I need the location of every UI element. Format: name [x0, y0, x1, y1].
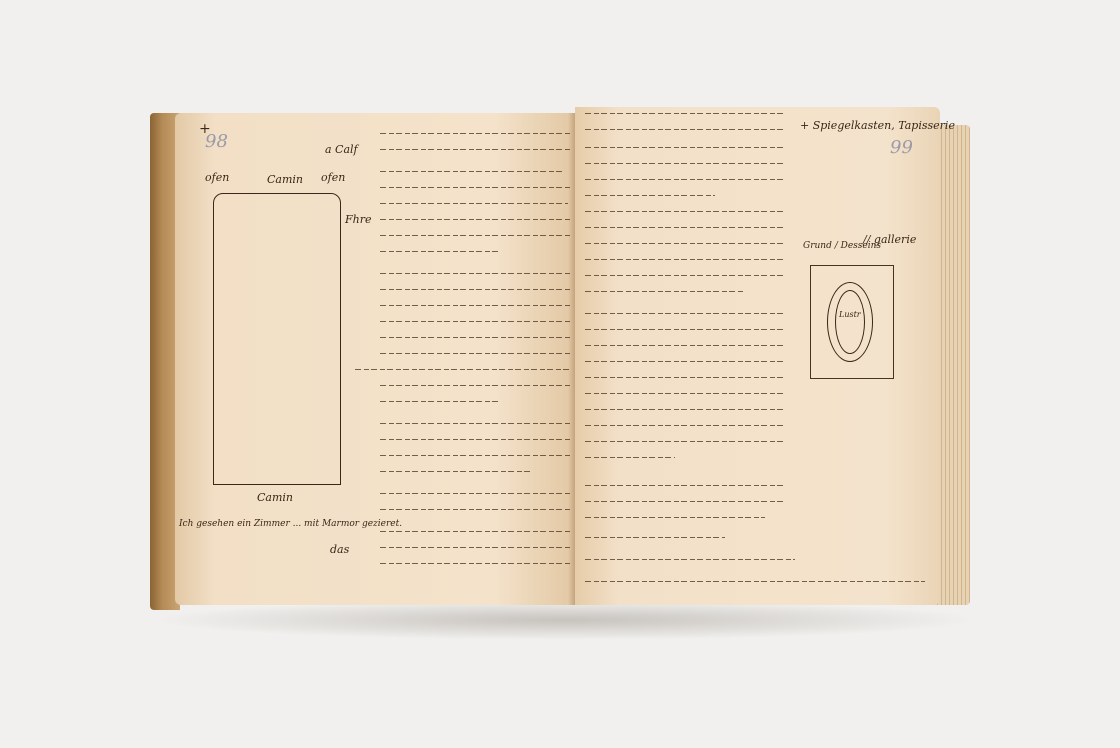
text-line — [585, 227, 785, 228]
text-line — [355, 369, 570, 370]
text-line — [380, 423, 570, 424]
text-line — [585, 501, 785, 502]
text-line — [585, 195, 715, 196]
text-line — [585, 537, 725, 538]
text-line — [585, 361, 785, 362]
text-line — [380, 493, 570, 494]
text-line — [380, 219, 570, 220]
text-line — [585, 243, 785, 244]
text-line — [585, 441, 785, 442]
text-line — [380, 133, 570, 134]
text-line — [380, 171, 565, 172]
text-line — [585, 409, 785, 410]
text-line — [585, 581, 925, 582]
text-line — [380, 273, 570, 274]
text-line — [380, 289, 570, 290]
text-line — [585, 179, 785, 180]
text-line — [585, 163, 785, 164]
text-line — [585, 129, 785, 130]
text-line — [585, 393, 785, 394]
text-line — [380, 305, 570, 306]
plan-label-oven-left: ofen — [205, 171, 229, 184]
text-line — [380, 471, 530, 472]
text-line — [585, 559, 795, 560]
text-line — [585, 457, 675, 458]
floor-plan — [213, 193, 341, 485]
text-line — [585, 147, 785, 148]
text-line — [585, 425, 785, 426]
text-line — [585, 259, 785, 260]
text-line — [380, 337, 570, 338]
text-line — [585, 517, 765, 518]
right-page: + Spiegelkasten, Tapisserie 99 // galler… — [575, 107, 940, 605]
plan-side-note: Fhre — [345, 213, 372, 226]
text-line — [380, 149, 570, 150]
text-line — [380, 563, 570, 564]
text-line — [585, 291, 745, 292]
text-line — [380, 509, 570, 510]
plan-label-oven-right: ofen — [321, 171, 345, 184]
text-line — [585, 345, 785, 346]
top-note: + Spiegelkasten, Tapisserie — [800, 119, 955, 132]
top-note: a Calf — [325, 143, 358, 156]
text-line — [380, 439, 570, 440]
text-line — [380, 251, 500, 252]
text-line — [380, 321, 570, 322]
text-line — [380, 203, 568, 204]
text-line — [380, 235, 570, 236]
margin-note: das — [330, 543, 349, 556]
text-line — [585, 313, 785, 314]
text-line — [585, 275, 785, 276]
sketch-label-plan: Grund / Desseins — [803, 241, 881, 251]
text-line — [585, 329, 785, 330]
folio-number: 99 — [890, 137, 913, 158]
left-page: + 98 a Calf ofen Camin ofen Camin Fhre I… — [175, 113, 575, 605]
plan-caption: Ich gesehen ein Zimmer ... mit Marmor ge… — [179, 519, 402, 529]
text-line — [585, 113, 785, 114]
folio-number: 98 — [205, 131, 228, 152]
text-line — [380, 187, 570, 188]
text-line — [380, 385, 570, 386]
room-sketch: Lustr — [810, 265, 894, 379]
plan-label-fireplace-bottom: Camin — [257, 491, 293, 504]
text-line — [585, 211, 785, 212]
text-line — [380, 353, 570, 354]
text-line — [380, 531, 570, 532]
text-line — [380, 547, 570, 548]
text-line — [380, 401, 500, 402]
sketch-inner-label: Lustr — [839, 310, 861, 319]
text-line — [585, 377, 785, 378]
open-notebook: + 98 a Calf ofen Camin ofen Camin Fhre I… — [150, 105, 970, 610]
text-line — [380, 455, 570, 456]
text-line — [585, 485, 785, 486]
oval-gallery-inner — [835, 290, 865, 354]
plan-label-fireplace-top: Camin — [267, 173, 303, 186]
